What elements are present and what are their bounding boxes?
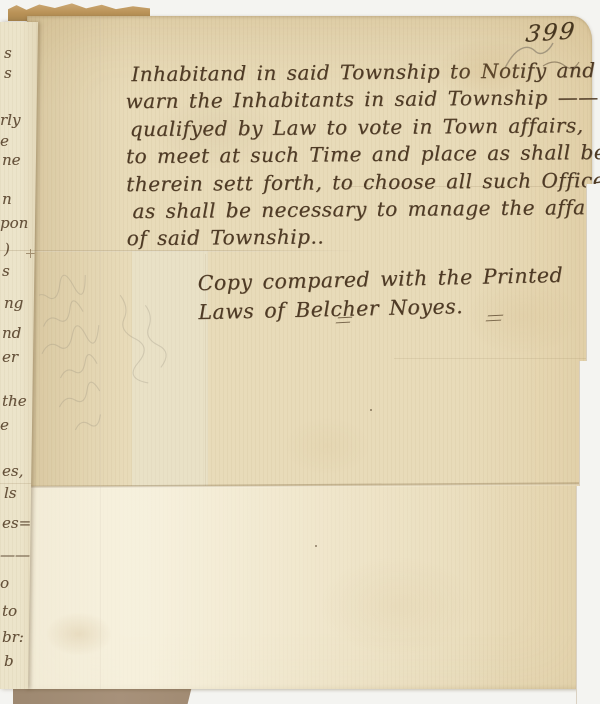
ink-speck [370, 409, 372, 411]
margin-fragment: to [2, 602, 17, 620]
manuscript-page: 399 Inhabitand in said Township to Notif… [27, 16, 592, 689]
paper-edge-step [576, 486, 600, 704]
margin-fragment: er [2, 348, 18, 366]
margin-fragment: s [2, 262, 10, 280]
body-line: to meet at such Time and place as shall … [126, 139, 600, 171]
margin-fragment: ls [4, 484, 17, 502]
facing-page-edge-wrap: ssrlyenenpon)sngndertheees,lses=——otobr:… [0, 22, 38, 689]
paper-pale-zone [27, 486, 592, 689]
underline-noyes [486, 315, 504, 322]
facing-page-edge: ssrlyenenpon)sngndertheees,lses=——otobr:… [0, 22, 38, 689]
body-line: as shall be necessary to manage the affa… [132, 194, 600, 226]
margin-fragment: b [4, 652, 14, 670]
margin-fragment: ne [2, 151, 21, 169]
margin-fragment: s [4, 44, 12, 62]
margin-fragment: rly [0, 111, 20, 129]
ink-speck [315, 545, 317, 547]
margin-fragment: —— [0, 546, 30, 564]
note-text: Copy compared with the PrintedLaws of Be… [197, 261, 564, 327]
margin-fragment: es, [2, 462, 23, 480]
margin-fragment: e [0, 132, 9, 150]
manuscript-scan: 399 Inhabitand in said Township to Notif… [0, 0, 600, 704]
body-line: of said Township.. [127, 221, 600, 253]
register-cross-mark [26, 249, 35, 258]
margin-fragment: the [2, 392, 27, 410]
body-text: Inhabitand in said Township to Notify an… [125, 57, 600, 253]
body-line: therein sett forth, to choose all such O… [126, 166, 600, 198]
fold-crease [394, 358, 592, 359]
body-line: qualifyed by Law to vote in Town affairs… [130, 112, 600, 144]
margin-fragment: es= [2, 514, 31, 532]
underline-belcher [336, 317, 353, 324]
margin-fragment: o [0, 574, 9, 592]
ink-bleedthrough-marks [39, 256, 209, 456]
page-number: 399 [524, 18, 577, 47]
margin-fragment: nd [2, 324, 21, 342]
margin-fragment: pon [0, 214, 28, 232]
body-line: warn the Inhabitants in said Township —— [125, 84, 600, 116]
margin-fragment: br: [2, 628, 24, 646]
margin-fragment: ) [4, 240, 10, 258]
fold-crease-main [27, 482, 592, 488]
margin-fragment: ng [4, 294, 23, 312]
margin-fragment: s [4, 64, 12, 82]
body-line: Inhabitand in said Township to Notify an… [131, 57, 600, 89]
margin-fragment: n [2, 190, 12, 208]
margin-fragment: e [0, 416, 9, 434]
